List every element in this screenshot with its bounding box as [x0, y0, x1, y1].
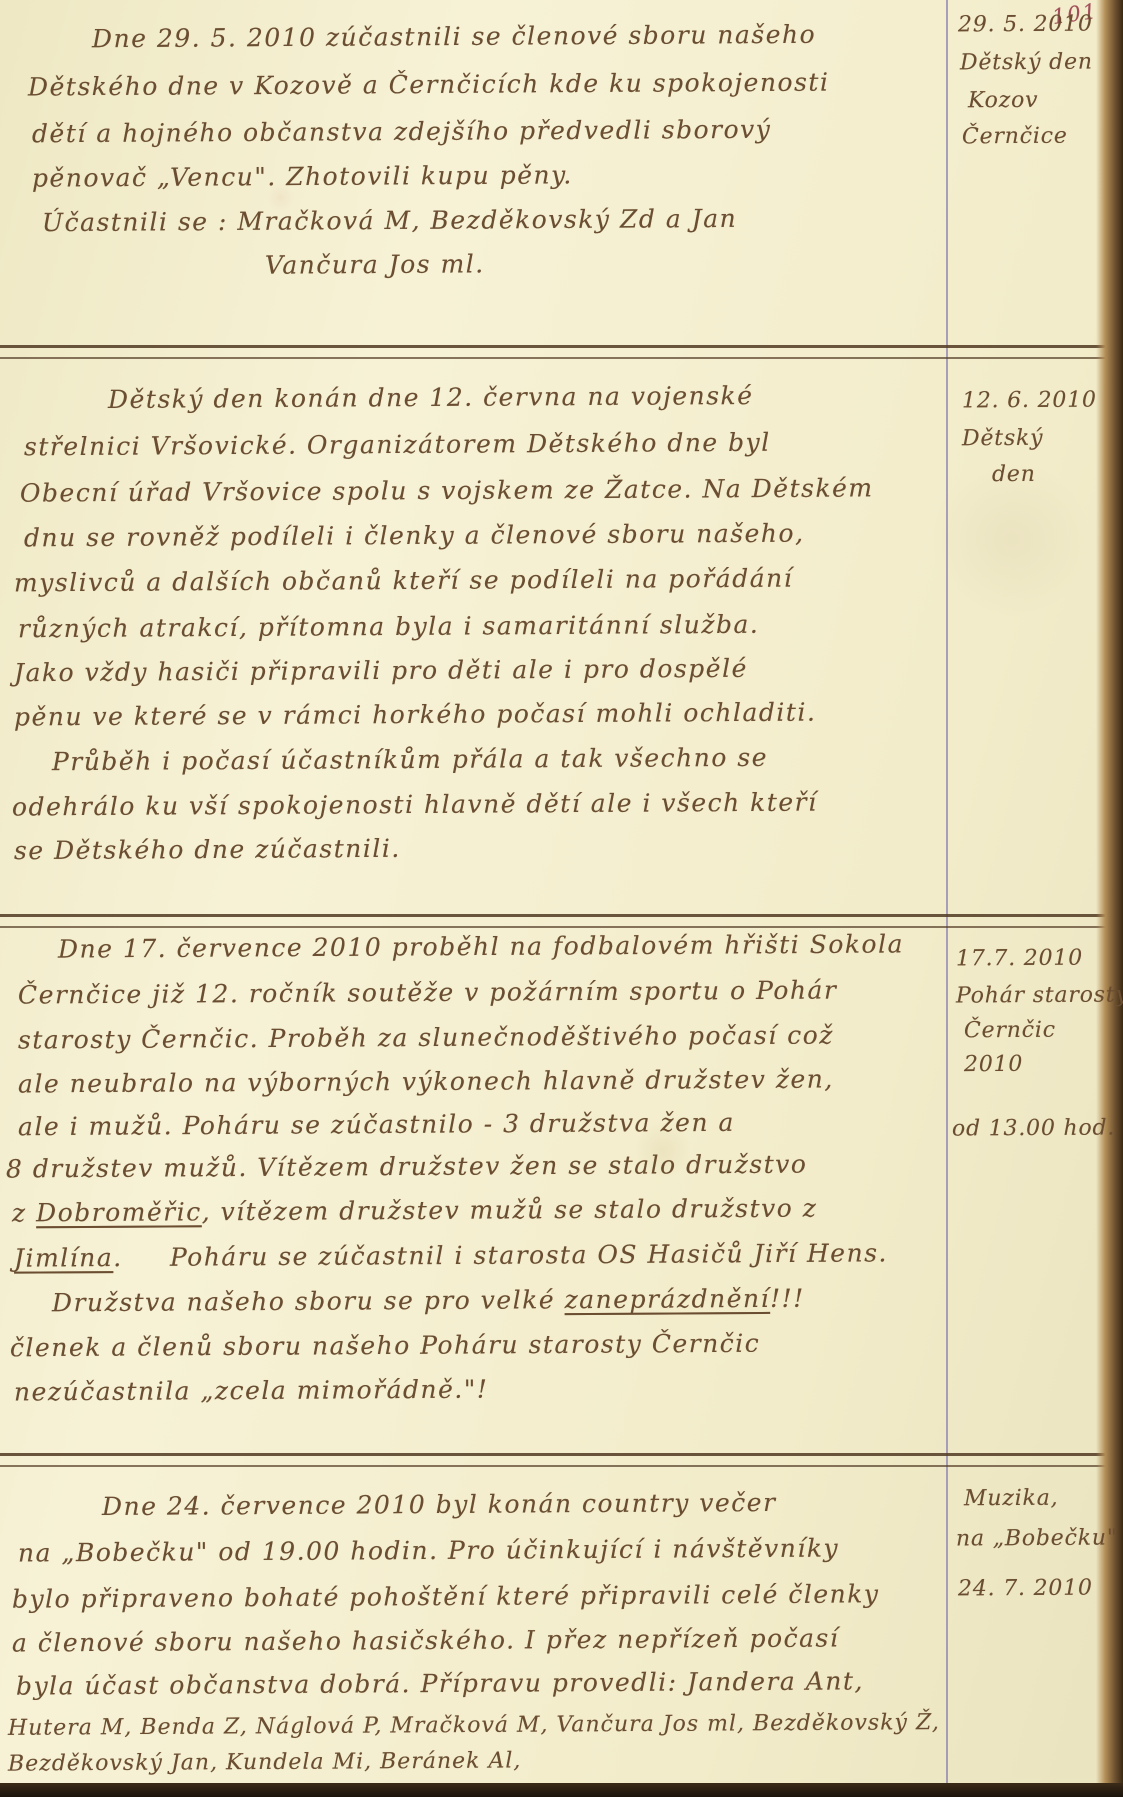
chronicle-line: starosty Černčic. Proběh za slunečnoděšt…: [18, 1021, 834, 1055]
entry-separator-2: [0, 914, 1106, 928]
chronicle-line: bylo připraveno bohaté pohoštění které p…: [12, 1579, 880, 1613]
line-text: !!!: [770, 1284, 805, 1313]
margin-note: Dětský: [962, 426, 1044, 451]
entry-separator-3: [0, 1453, 1106, 1467]
chronicle-line: 8 družstev mužů. Vítězem družstev žen se…: [6, 1150, 808, 1184]
chronicle-line: Obecní úřad Vršovice spolu s vojskem ze …: [20, 473, 874, 507]
chronicle-line: Dne 17. července 2010 proběhl na fodbalo…: [58, 929, 904, 963]
underlined-word: Jimlína: [14, 1243, 113, 1273]
margin-note: na „Bobečku": [956, 1526, 1118, 1552]
chronicle-line: se Dětského dne zúčastnili.: [14, 834, 401, 865]
chronicle-line: dětí a hojného občanstva zdejšího předve…: [32, 115, 772, 149]
chronicle-line: Dětského dne v Kozově a Černčicích kde k…: [28, 68, 830, 102]
chronicle-line: Vančura Jos ml.: [265, 249, 485, 279]
chronicle-line: Družstva našeho sboru se pro velké zanep…: [52, 1284, 805, 1318]
margin-note: od 13.00 hod.: [952, 1116, 1115, 1142]
line-text: . Poháru se zúčastnil i starosta OS Hasi…: [113, 1238, 888, 1272]
underlined-word: zaneprázdnění: [564, 1284, 770, 1314]
entry-separator-1: [0, 345, 1106, 359]
chronicle-line: Průběh i počasí účastníkům přála a tak v…: [52, 743, 768, 776]
margin-divider-line: [946, 0, 948, 1784]
chronicle-line: střelnici Vršovické. Organizátorem Dětsk…: [24, 428, 771, 462]
chronicle-line: pěnu ve které se v rámci horkého počasí …: [14, 698, 817, 732]
chronicle-line: myslivců a dalších občanů kteří se podíl…: [14, 564, 793, 598]
margin-note: Černčic: [964, 1018, 1056, 1044]
chronicle-line: různých atrakcí, přítomna byla i samarit…: [18, 610, 759, 644]
underlined-word: Dobroměřic: [36, 1197, 202, 1227]
margin-note: 29. 5. 2010: [958, 12, 1093, 38]
chronicle-line: Dětský den konán dne 12. června na vojen…: [108, 381, 754, 414]
chronicle-line: z Dobroměřic, vítězem družstev mužů se s…: [12, 1194, 818, 1228]
chronicle-line: Bezděkovský Jan, Kundela Mi, Beránek Al,: [8, 1748, 522, 1776]
margin-note: 24. 7. 2010: [958, 1576, 1093, 1602]
margin-note: Kozov: [968, 88, 1039, 113]
chronicle-line: Dne 24. července 2010 byl konán country …: [102, 1488, 777, 1521]
chronicle-line: a členové sboru našeho hasičského. I pře…: [12, 1623, 839, 1657]
margin-note: 12. 6. 2010: [962, 388, 1097, 414]
chronicle-line: Černčice již 12. ročník soutěže v požárn…: [18, 975, 838, 1009]
margin-note: Pohár starosty: [956, 982, 1123, 1008]
chronicle-line: nezúčastnila „zcela mimořádně."!: [14, 1375, 489, 1407]
page-bottom-edge: [0, 1783, 1123, 1797]
margin-note: Muzika,: [964, 1486, 1059, 1512]
margin-note: den: [992, 462, 1036, 487]
chronicle-line: Dne 29. 5. 2010 zúčastnili se členové sb…: [92, 20, 816, 53]
chronicle-line: odehrálo ku vší spokojenosti hlavně dětí…: [12, 788, 818, 822]
chronicle-line: Účastnili se : Mračková M, Bezděkovský Z…: [42, 204, 737, 237]
chronicle-line: byla účast občanstva dobrá. Přípravu pro…: [16, 1666, 864, 1700]
chronicle-line: ale i mužů. Poháru se zúčastnilo - 3 dru…: [18, 1108, 735, 1141]
margin-note: Černčice: [962, 124, 1068, 150]
line-text: , vítězem družstev mužů se stalo družstv…: [202, 1194, 818, 1227]
line-text: Družstva našeho sboru se pro velké: [52, 1285, 565, 1317]
chronicle-line: ale neubralo na výborných výkonech hlavn…: [18, 1065, 834, 1099]
chronicle-line: Hutera M, Benda Z, Náglová P, Mračková M…: [8, 1710, 940, 1741]
margin-note: 17.7. 2010: [956, 946, 1083, 972]
chronicle-line: Jako vždy hasiči připravili pro děti ale…: [14, 654, 748, 687]
margin-note: 2010: [964, 1052, 1023, 1077]
chronicle-line: pěnovač „Vencu". Zhotovili kupu pěny.: [32, 160, 573, 192]
chronicle-line: členek a členů sboru našeho Poháru staro…: [10, 1329, 760, 1363]
margin-note: Dětský den: [960, 50, 1093, 76]
chronicle-line: Jimlína. Poháru se zúčastnil i starosta …: [14, 1238, 888, 1272]
line-text: z: [12, 1198, 36, 1227]
chronicle-line: dnu se rovněž podíleli i členky a členov…: [24, 519, 805, 553]
chronicle-page: 101 Dne 29. 5. 2010 zúčastnili se členov…: [0, 0, 1123, 1797]
chronicle-line: na „Bobečku" od 19.00 hodin. Pro účinkuj…: [18, 1533, 839, 1567]
